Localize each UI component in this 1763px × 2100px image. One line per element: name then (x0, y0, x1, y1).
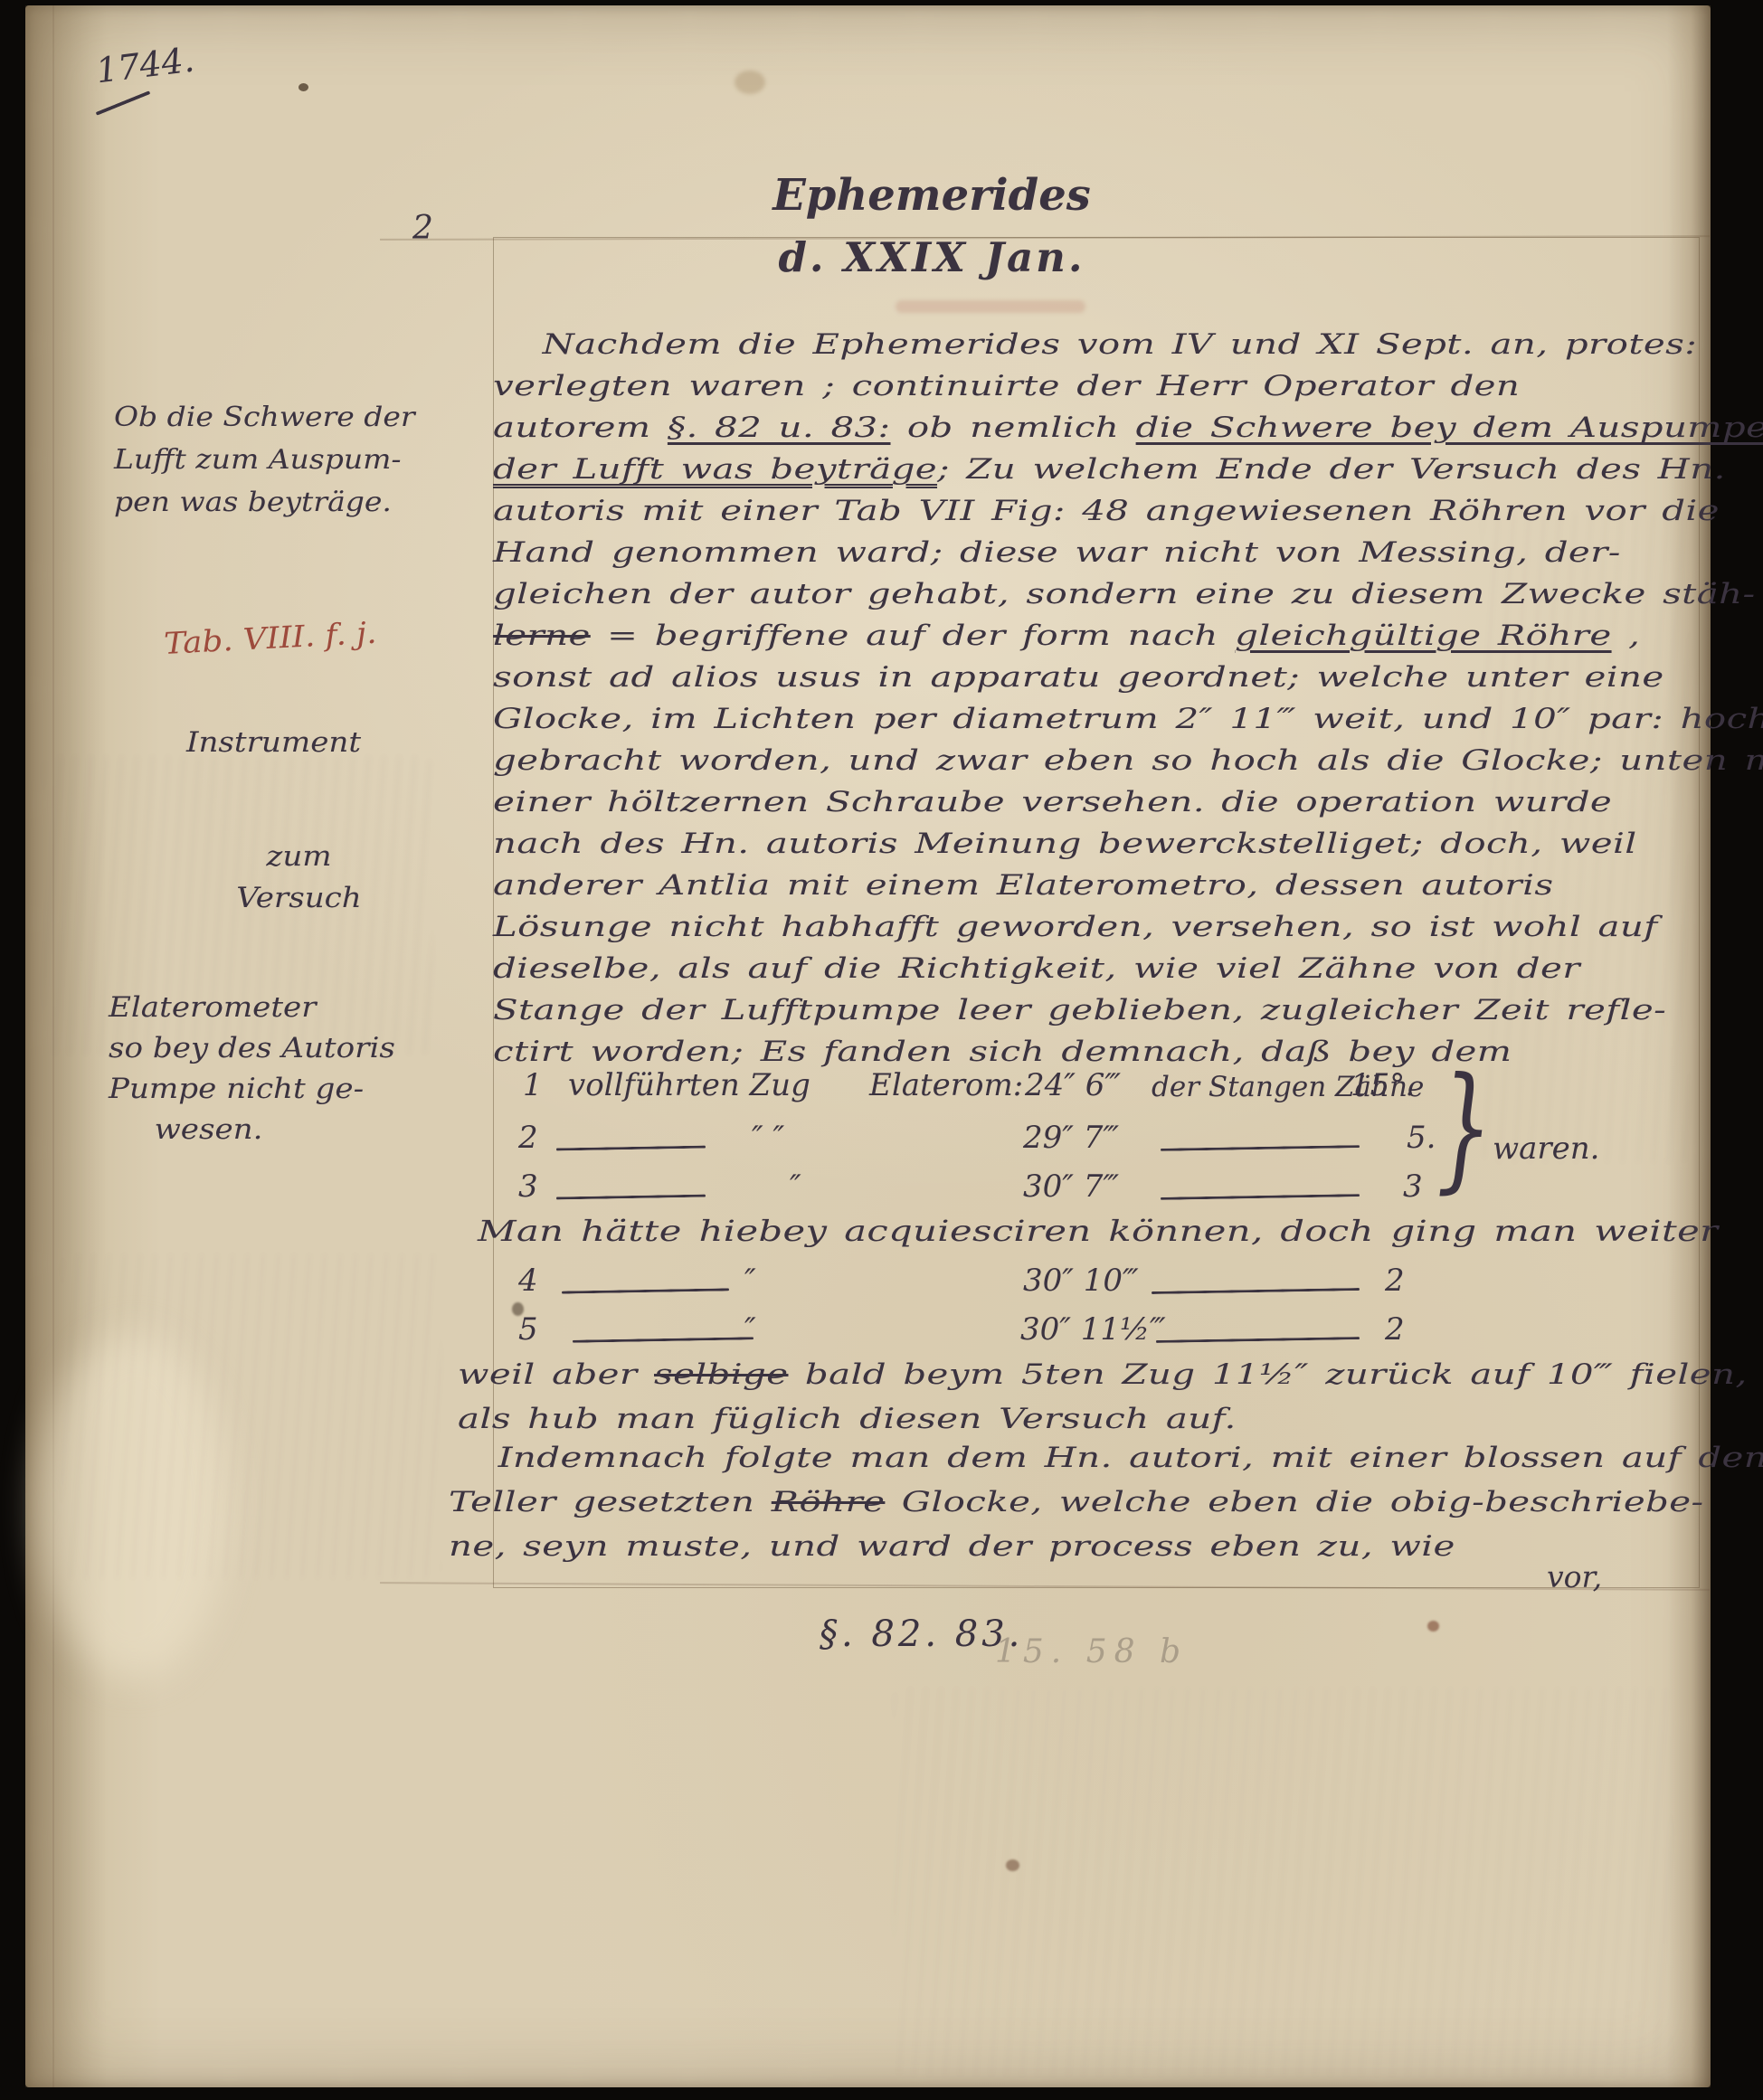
body-text: weil aber (458, 1358, 654, 1391)
ditto-dash (1152, 1288, 1360, 1294)
body-line: verlegten waren ; continuirte der Herr O… (493, 365, 1763, 407)
margin-note-line: Lufft zum Auspum- (114, 439, 415, 481)
zug-label: vollführten Zug (568, 1067, 810, 1103)
elaterom-value: 30″ 11½‴ (1020, 1311, 1166, 1348)
margin-note-instrument: Instrument (186, 722, 361, 764)
page-title: Ephemerides (706, 170, 1158, 221)
table-brace: } (1436, 1049, 1493, 1206)
body-line: als hub man füglich diesen Versuch auf. (458, 1397, 1748, 1442)
body-line: lerne = begriffene auf der form nach gle… (493, 615, 1763, 657)
body-line: anderer Antlia mit einem Elaterometro, d… (493, 865, 1763, 906)
bleedthrough-bottom (894, 1688, 1672, 2076)
body-line: autorem §. 82 u. 83: ob nemlich die Schw… (493, 407, 1763, 449)
body-line: dieselbe, als auf die Richtigkeit, wie v… (493, 948, 1763, 989)
ditto-mark: ″ ″ (752, 1120, 784, 1156)
margin-note-line: Pumpe nicht ge- (109, 1069, 395, 1110)
margin-note-line: so bey des Autoris (109, 1028, 395, 1069)
body-text: = begriffene auf der form nach (591, 620, 1235, 652)
body-text: , (1612, 620, 1641, 652)
table-row: 4 ″ 30″ 10‴ 2 (518, 1263, 1703, 1310)
table-brace-note: waren. (1493, 1130, 1599, 1167)
closing-paragraph: Indemnach folgte man dem Hn. autori, mit… (449, 1436, 1763, 1569)
teeth-value: 5. (1407, 1120, 1436, 1156)
margin-note-line: pen was beyträge. (114, 481, 415, 524)
struck-text: selbige (654, 1358, 788, 1391)
catchword-vor: vor, (1547, 1559, 1602, 1594)
page-number: 2 (412, 210, 433, 247)
ditto-mark: ″ (790, 1168, 801, 1205)
zug-number: 3 (518, 1168, 538, 1205)
ditto-dash (556, 1146, 706, 1151)
ditto-dash (1161, 1194, 1360, 1200)
elaterom-value: 24″ 6‴ (1025, 1067, 1121, 1103)
bleedthrough-left-lower (62, 1253, 441, 1579)
body-line: Lösunge nicht habhafft geworden, versehe… (493, 906, 1763, 948)
elaterom-value: 30″ 10‴ (1023, 1263, 1139, 1299)
body-line: autoris mit einer Tab VII Fig: 48 angewi… (493, 490, 1763, 532)
ditto-dash (562, 1288, 729, 1293)
body-line: Stange der Lufftpumpe leer geblieben, zu… (493, 989, 1763, 1031)
body-line: Indemnach folgte man dem Hn. autori, mit… (449, 1436, 1763, 1480)
table-interlude: Man hätte hiebey acquiesciren können, do… (478, 1214, 1718, 1248)
year-note: 1744. (94, 40, 196, 91)
after-table-remark: weil aber selbige bald beym 5ten Zug 11½… (458, 1353, 1748, 1442)
body-line: nach des Hn. autoris Meinung bewerckstel… (493, 823, 1763, 865)
body-paragraph: Nachdem die Ephemerides vom IV und XI Se… (493, 324, 1763, 1073)
zug-number: 1 (523, 1067, 543, 1103)
body-text: Glocke, welche eben die obig-beschriebe- (885, 1486, 1703, 1518)
table-row: 3 ″ 30″ 7‴ 3 (518, 1168, 1703, 1216)
margin-note-air-weight: Ob die Schwere der Lufft zum Auspum- pen… (114, 396, 415, 524)
body-line: weil aber selbige bald beym 5ten Zug 11½… (458, 1353, 1748, 1397)
body-line: sonst ad alios usus in apparatu geordnet… (493, 657, 1763, 698)
footer-pencil-note: 15. 58 b (995, 1633, 1188, 1670)
teeth-value: 15°. (1351, 1067, 1415, 1103)
ditto-mark: ″ (744, 1263, 756, 1299)
ditto-dash (573, 1337, 754, 1342)
manuscript-page: 1744. 2 Ephemerides d. XXIX Jan. Ob die … (25, 5, 1711, 2087)
table-row: 1 vollführten Zug Elaterom: 24″ 6‴ der S… (518, 1067, 1703, 1114)
body-text: ; Zu welchem Ende der Versuch des Hn. (937, 453, 1726, 486)
margin-note-line: Versuch (204, 877, 393, 919)
underlined-text: die Schwere bey dem Auspumpen (1136, 411, 1763, 444)
body-line: gebracht worden, und zwar eben so hoch a… (493, 740, 1763, 781)
foxing-spot (735, 71, 765, 94)
underlined-text: gleichgültige Röhre (1235, 620, 1611, 652)
underlined-text: der Lufft was beyträge (493, 453, 937, 486)
elaterom-value: 29″ 7‴ (1023, 1120, 1119, 1156)
body-line: gleichen der autor gehabt, sondern eine … (493, 573, 1763, 615)
margin-note-line: zum (204, 836, 393, 877)
struck-text: lerne (493, 620, 591, 652)
footer-section-ref: §. 82. 83. (820, 1613, 1023, 1655)
margin-note-versuch: zum Versuch (204, 836, 393, 919)
teeth-value: 2 (1385, 1311, 1405, 1348)
body-line: einer höltzernen Schraube versehen. die … (493, 781, 1763, 823)
ditto-dash (1161, 1145, 1360, 1151)
body-line: Hand genommen ward; diese war nicht von … (493, 532, 1763, 573)
body-text: bald beym 5ten Zug 11½″ zurück auf 10‴ f… (788, 1358, 1747, 1391)
body-line: Glocke, im Lichten per diametrum 2″ 11‴ … (493, 698, 1763, 740)
elaterom-value: 30″ 7‴ (1023, 1168, 1119, 1205)
body-text: autorem (493, 411, 668, 444)
margin-note-line: wesen. (109, 1110, 395, 1150)
zug-number: 5 (518, 1311, 538, 1348)
zug-number: 4 (518, 1263, 538, 1299)
ink-speck (299, 83, 308, 91)
elaterom-label: Elaterom: (869, 1067, 1023, 1103)
margin-note-tab-ref: Tab. VIII. f. j. (163, 611, 377, 665)
body-line: Nachdem die Ephemerides vom IV und XI Se… (493, 324, 1763, 365)
rust-dot-1 (1427, 1621, 1439, 1632)
ditto-dash (556, 1195, 706, 1200)
manuscript-photo: 1744. 2 Ephemerides d. XXIX Jan. Ob die … (0, 0, 1763, 2100)
zug-number: 2 (518, 1120, 538, 1156)
ditto-mark: ″ (744, 1311, 756, 1348)
underlined-text: §. 82 u. 83: (668, 411, 891, 444)
struck-text: Röhre (772, 1486, 886, 1518)
body-line: Teller gesetzten Röhre Glocke, welche eb… (449, 1480, 1763, 1525)
ditto-dash (1156, 1337, 1360, 1343)
teeth-value: 3 (1403, 1168, 1423, 1205)
teeth-value: 2 (1385, 1263, 1405, 1299)
margin-note-elaterometer: Elaterometer so bey des Autoris Pumpe ni… (109, 988, 395, 1150)
body-text: ob nemlich (891, 411, 1136, 444)
body-text: Teller gesetzten (449, 1486, 772, 1518)
margin-note-line: Ob die Schwere der (114, 396, 415, 439)
date-line: d. XXIX Jan. (706, 233, 1158, 281)
margin-note-line: Elaterometer (109, 988, 395, 1028)
table-row: 5 ″ 30″ 11½‴ 2 (518, 1311, 1703, 1358)
body-line: der Lufft was beyträge; Zu welchem Ende … (493, 449, 1763, 490)
